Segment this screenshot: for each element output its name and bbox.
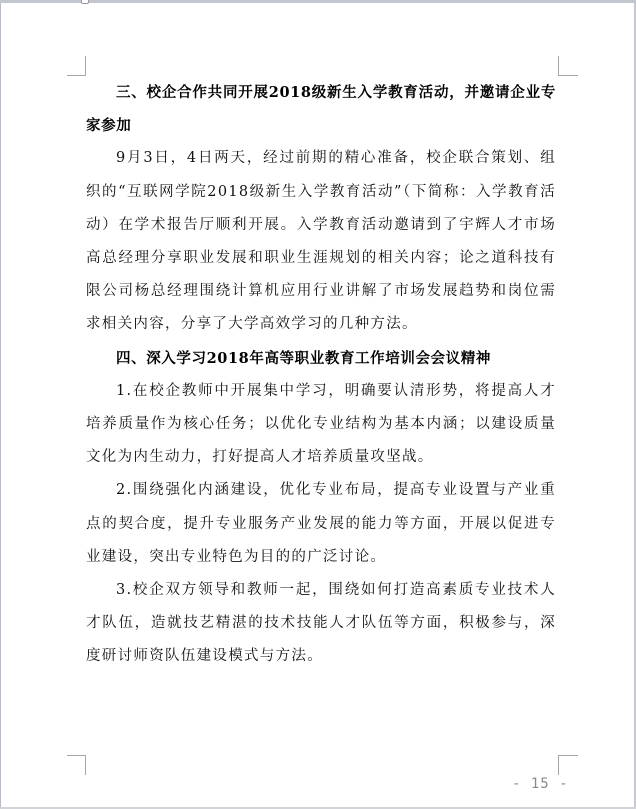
- crop-mark-top-right: [558, 56, 578, 76]
- section-heading-3: 三、校企合作共同开展2018级新生入学教育活动，并邀请企业专家参加: [86, 76, 556, 142]
- crop-mark-bottom-left: [67, 755, 86, 775]
- list-item-1: 1.在校企教师中开展集中学习，明确要认清形势，将提高人才培养质量作为核心任务；以…: [86, 375, 556, 475]
- ruler-handle[interactable]: [81, 0, 89, 4]
- list-item-3: 3.校企双方领导和教师一起，围绕如何打造高素质专业技术人才队伍，造就技艺精湛的技…: [86, 574, 556, 674]
- crop-mark-bottom-right: [558, 755, 578, 775]
- crop-mark-top-left: [67, 56, 86, 76]
- page-number: - 15 -: [512, 776, 569, 792]
- page-left-edge: [0, 3, 1, 809]
- section-heading-4: 四、深入学习2018年高等职业教育工作培训会会议精神: [86, 342, 556, 375]
- window-top-border: [0, 0, 636, 3]
- body-paragraph: 9月3日，4日两天，经过前期的精心准备，校企联合策划、组织的“互联网学院2018…: [86, 142, 556, 341]
- list-item-2: 2.围绕强化内涵建设，优化专业布局，提高专业设置与产业重点的契合度，提升专业服务…: [86, 474, 556, 574]
- document-body[interactable]: 三、校企合作共同开展2018级新生入学教育活动，并邀请企业专家参加 9月3日，4…: [86, 76, 556, 674]
